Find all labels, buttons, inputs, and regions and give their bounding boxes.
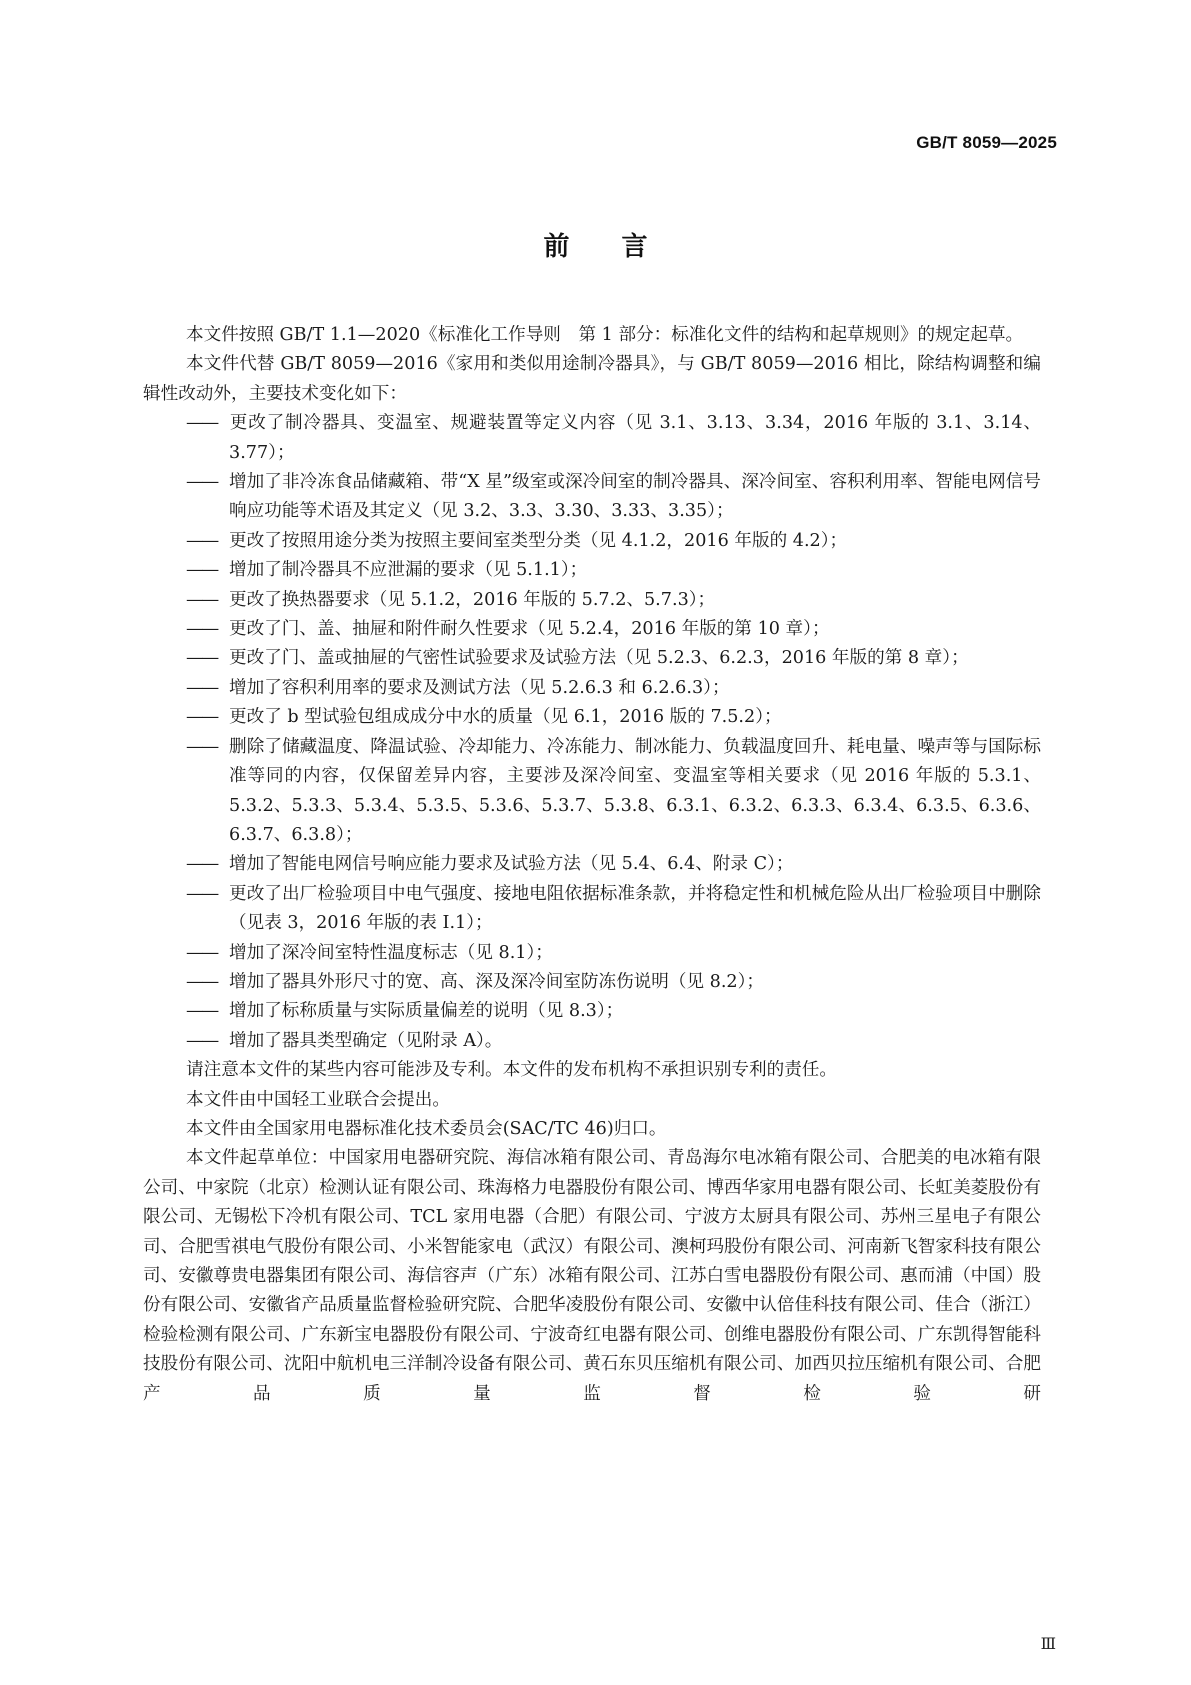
list-item: ——增加了器具外形尺寸的宽、高、深及深冷间室防冻伤说明（见 8.2）； [143,968,1041,997]
list-item: ——更改了制冷器具、变温室、规避装置等定义内容（见 3.1、3.13、3.34，… [143,409,1041,468]
list-item-text: 更改了换热器要求（见 5.1.2，2016 年版的 5.7.2、5.7.3）； [229,590,715,610]
drafting-units: 本文件起草单位：中国家用电器研究院、海信冰箱有限公司、青岛海尔电冰箱有限公司、合… [143,1144,1041,1409]
list-item-text: 增加了深冷间室特性温度标志（见 8.1）； [229,943,553,963]
list-item: ——增加了非冷冻食品储藏箱、带“X 星”级室或深冷间室的制冷器具、深冷间室、容积… [143,468,1041,527]
dash-bullet: —— [186,644,229,673]
foreword-body: 本文件按照 GB/T 1.1—2020《标准化工作导则 第 1 部分：标准化文件… [143,321,1041,1409]
dash-bullet: —— [186,997,229,1026]
dash-bullet: —— [186,586,229,615]
dash-bullet: —— [186,556,229,585]
page-number: Ⅲ [1041,1634,1056,1653]
drafting-rules-paragraph: 本文件按照 GB/T 1.1—2020《标准化工作导则 第 1 部分：标准化文件… [143,321,1041,350]
list-item-text: 更改了门、盖、抽屉和附件耐久性要求（见 5.2.4，2016 年版的第 10 章… [229,619,830,639]
list-item-text: 删除了储藏温度、降温试验、冷却能力、冷冻能力、制冰能力、负载温度回升、耗电量、噪… [229,737,1041,845]
dash-bullet: —— [186,615,229,644]
page-title: 前言 [0,226,1191,263]
dash-bullet: —— [186,703,229,732]
list-item-text: 增加了标称质量与实际质量偏差的说明（见 8.3）； [229,1001,623,1021]
list-item: ——增加了深冷间室特性温度标志（见 8.1）； [143,939,1041,968]
list-item: ——更改了门、盖或抽屉的气密性试验要求及试验方法（见 5.2.3、6.2.3，2… [143,644,1041,673]
dash-bullet: —— [186,468,229,497]
list-item-text: 增加了智能电网信号响应能力要求及试验方法（见 5.4、6.4、附录 C）； [229,854,793,874]
list-item: ——删除了储藏温度、降温试验、冷却能力、冷冻能力、制冰能力、负载温度回升、耗电量… [143,733,1041,851]
proposed-by: 本文件由中国轻工业联合会提出。 [143,1086,1041,1115]
list-item: ——更改了门、盖、抽屉和附件耐久性要求（见 5.2.4，2016 年版的第 10… [143,615,1041,644]
list-item: ——增加了智能电网信号响应能力要求及试验方法（见 5.4、6.4、附录 C）； [143,850,1041,879]
dash-bullet: —— [186,1027,229,1056]
list-item-text: 更改了按照用途分类为按照主要间室类型分类（见 4.1.2，2016 年版的 4.… [229,531,847,551]
list-item: ——更改了出厂检验项目中电气强度、接地电阻依据标准条款，并将稳定性和机械危险从出… [143,880,1041,939]
list-item-text: 更改了出厂检验项目中电气强度、接地电阻依据标准条款，并将稳定性和机械危险从出厂检… [229,884,1041,933]
dash-bullet: —— [186,527,229,556]
list-item-text: 更改了制冷器具、变温室、规避装置等定义内容（见 3.1、3.13、3.34，20… [229,413,1041,462]
list-item: ——更改了换热器要求（见 5.1.2，2016 年版的 5.7.2、5.7.3）… [143,586,1041,615]
list-item-text: 增加了容积利用率的要求及测试方法（见 5.2.6.3 和 6.2.6.3）； [229,678,730,698]
technical-changes-list: ——更改了制冷器具、变温室、规避装置等定义内容（见 3.1、3.13、3.34，… [143,409,1041,1056]
dash-bullet: —— [186,939,229,968]
dash-bullet: —— [186,674,229,703]
list-item-text: 增加了器具外形尺寸的宽、高、深及深冷间室防冻伤说明（见 8.2）； [229,972,764,992]
list-item-text: 更改了 b 型试验包组成成分中水的质量（见 6.1，2016 版的 7.5.2）… [229,707,782,727]
list-item: ——更改了 b 型试验包组成成分中水的质量（见 6.1，2016 版的 7.5.… [143,703,1041,732]
list-item: ——更改了按照用途分类为按照主要间室类型分类（见 4.1.2，2016 年版的 … [143,527,1041,556]
dash-bullet: —— [186,880,229,909]
list-item: ——增加了标称质量与实际质量偏差的说明（见 8.3）； [143,997,1041,1026]
list-item: ——增加了容积利用率的要求及测试方法（见 5.2.6.3 和 6.2.6.3）； [143,674,1041,703]
list-item-text: 增加了非冷冻食品储藏箱、带“X 星”级室或深冷间室的制冷器具、深冷间室、容积利用… [229,472,1041,521]
dash-bullet: —— [186,409,229,438]
list-item-text: 增加了制冷器具不应泄漏的要求（见 5.1.1）； [229,560,587,580]
centralized-by: 本文件由全国家用电器标准化技术委员会(SAC/TC 46)归口。 [143,1115,1041,1144]
dash-bullet: —— [186,850,229,879]
list-item: ——增加了器具类型确定（见附录 A）。 [143,1027,1041,1056]
dash-bullet: —— [186,733,229,762]
list-item-text: 更改了门、盖或抽屉的气密性试验要求及试验方法（见 5.2.3、6.2.3，201… [229,648,969,668]
list-item-text: 增加了器具类型确定（见附录 A）。 [229,1031,502,1051]
replacement-paragraph: 本文件代替 GB/T 8059—2016《家用和类似用途制冷器具》，与 GB/T… [143,350,1041,409]
list-item: ——增加了制冷器具不应泄漏的要求（见 5.1.1）； [143,556,1041,585]
patent-notice: 请注意本文件的某些内容可能涉及专利。本文件的发布机构不承担识别专利的责任。 [143,1056,1041,1085]
standard-code: GB/T 8059—2025 [916,133,1057,153]
dash-bullet: —— [186,968,229,997]
